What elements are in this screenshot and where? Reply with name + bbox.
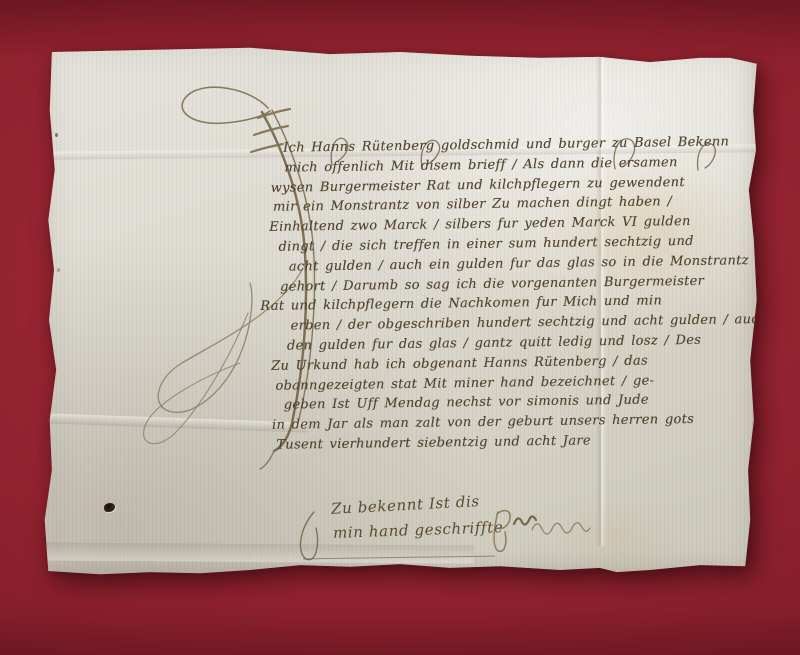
closing-line-2: min hand geschriffte <box>333 518 504 542</box>
manuscript-paper-wrap: Ich Hanns Rütenberg goldschmid und burge… <box>44 44 761 578</box>
worm-hole <box>104 503 115 512</box>
paper-speck <box>55 133 58 137</box>
manuscript-text-block: Ich Hanns Rütenberg goldschmid und burge… <box>258 132 767 456</box>
paper-speck <box>57 268 60 272</box>
closing-line-1: Zu bekennt Ist dis <box>331 492 480 518</box>
photo-mat-background: Ich Hanns Rütenberg goldschmid und burge… <box>0 0 800 655</box>
signature-paraph <box>480 502 670 562</box>
manuscript-paper: Ich Hanns Rütenberg goldschmid und burge… <box>44 44 761 578</box>
bottom-edge-curl <box>44 542 474 563</box>
